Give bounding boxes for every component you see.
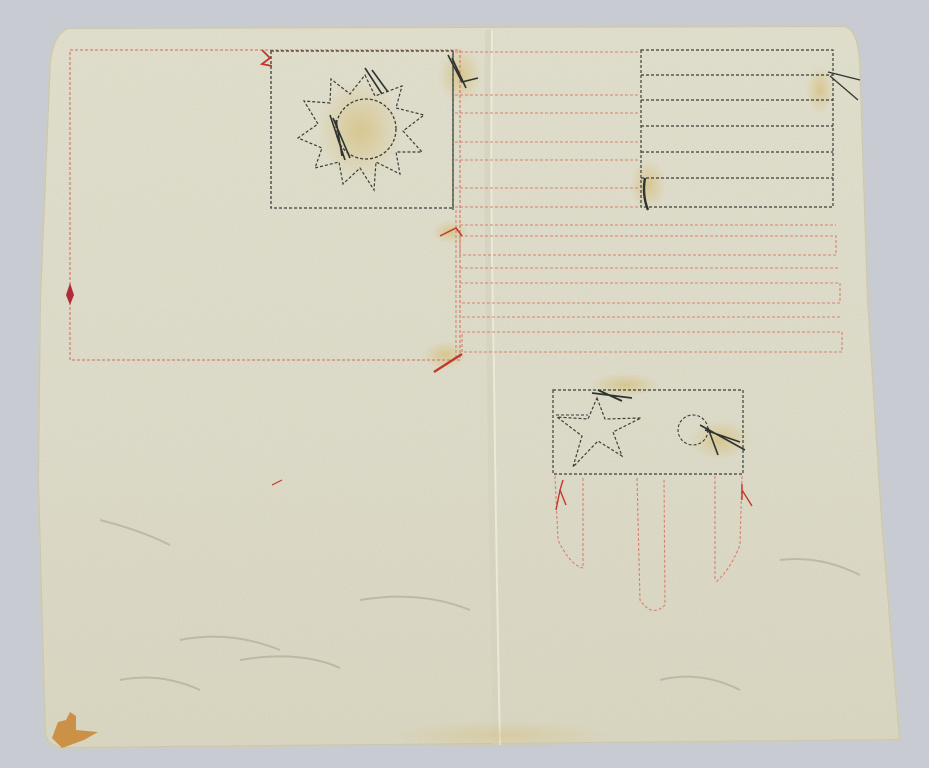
hide-illustration <box>0 0 929 768</box>
photo-scene: Embroidered buckskin hide panel with sti… <box>0 0 929 768</box>
